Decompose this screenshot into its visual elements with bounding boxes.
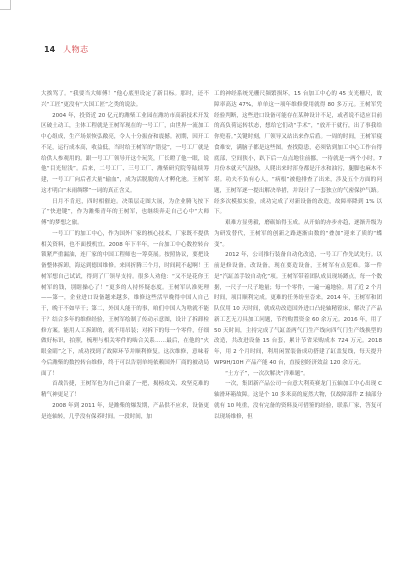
subheading-paragraph: “土方子”，一次次解决“洋难题”。 bbox=[214, 369, 382, 380]
page-header: 14 人物志 bbox=[44, 43, 89, 55]
left-column: 大挨骂了。“我要当大师傅！”他心底里设定了新目标。那时，还不兴“工匠”更没有“大… bbox=[41, 89, 209, 422]
paragraph: 首战告捷，王树军也为自己自豪了一把，揭榜攻关、攻坚克难的精气神更足了！ bbox=[41, 379, 209, 401]
paragraph: 工的神经系统光栅尺频繁损坏，15 台加工中心的 45 支光栅尺，故障率高达 47… bbox=[214, 89, 382, 218]
page-corner-mark bbox=[0, 0, 11, 10]
page-number: 14 bbox=[44, 45, 55, 54]
paragraph: 一次，集团新产品公司一台意大利英赛龙门五轴加工中心出现 C 轴滑环箱故障。这是个… bbox=[214, 379, 382, 422]
paragraph: 一号工厂的加工中心，作为国外厂家的核心技术，厂家既不提供相关资料，也不面授机宜。… bbox=[41, 229, 209, 380]
section-title: 人物志 bbox=[63, 44, 89, 55]
paragraph: 2012 年，公司推行装备自动化改造，一号工厂作先试先行。以前是修设备，改设备，… bbox=[214, 250, 382, 368]
paragraph: 艰难方显勇毅，磨砺始得玉成。从开始的亦步亦趋，逐渐升级为为研发替代，王树军的创新… bbox=[214, 218, 382, 250]
paragraph: 2008 年到 2011 年，是潍柴的爆发期，产品供不应求，设备更是连轴转，几乎… bbox=[41, 401, 209, 423]
right-column: 工的神经系统光栅尺频繁损坏，15 台加工中心的 45 支光栅尺，故障率高达 47… bbox=[214, 89, 382, 422]
paragraph: 2004 年，投资近 20 亿元的潍柴工业园在潍坊市高新技术开发区破土动工，主体… bbox=[41, 111, 209, 197]
paragraph: 大挨骂了。“我要当大师傅！”他心底里设定了新目标。那时，还不兴“工匠”更没有“大… bbox=[41, 89, 209, 111]
paragraph: 日月不肯迟，四时相催迫。决策层走图大展，为企业腾飞按下了“快进键”，作为潍柴青年… bbox=[41, 197, 209, 229]
